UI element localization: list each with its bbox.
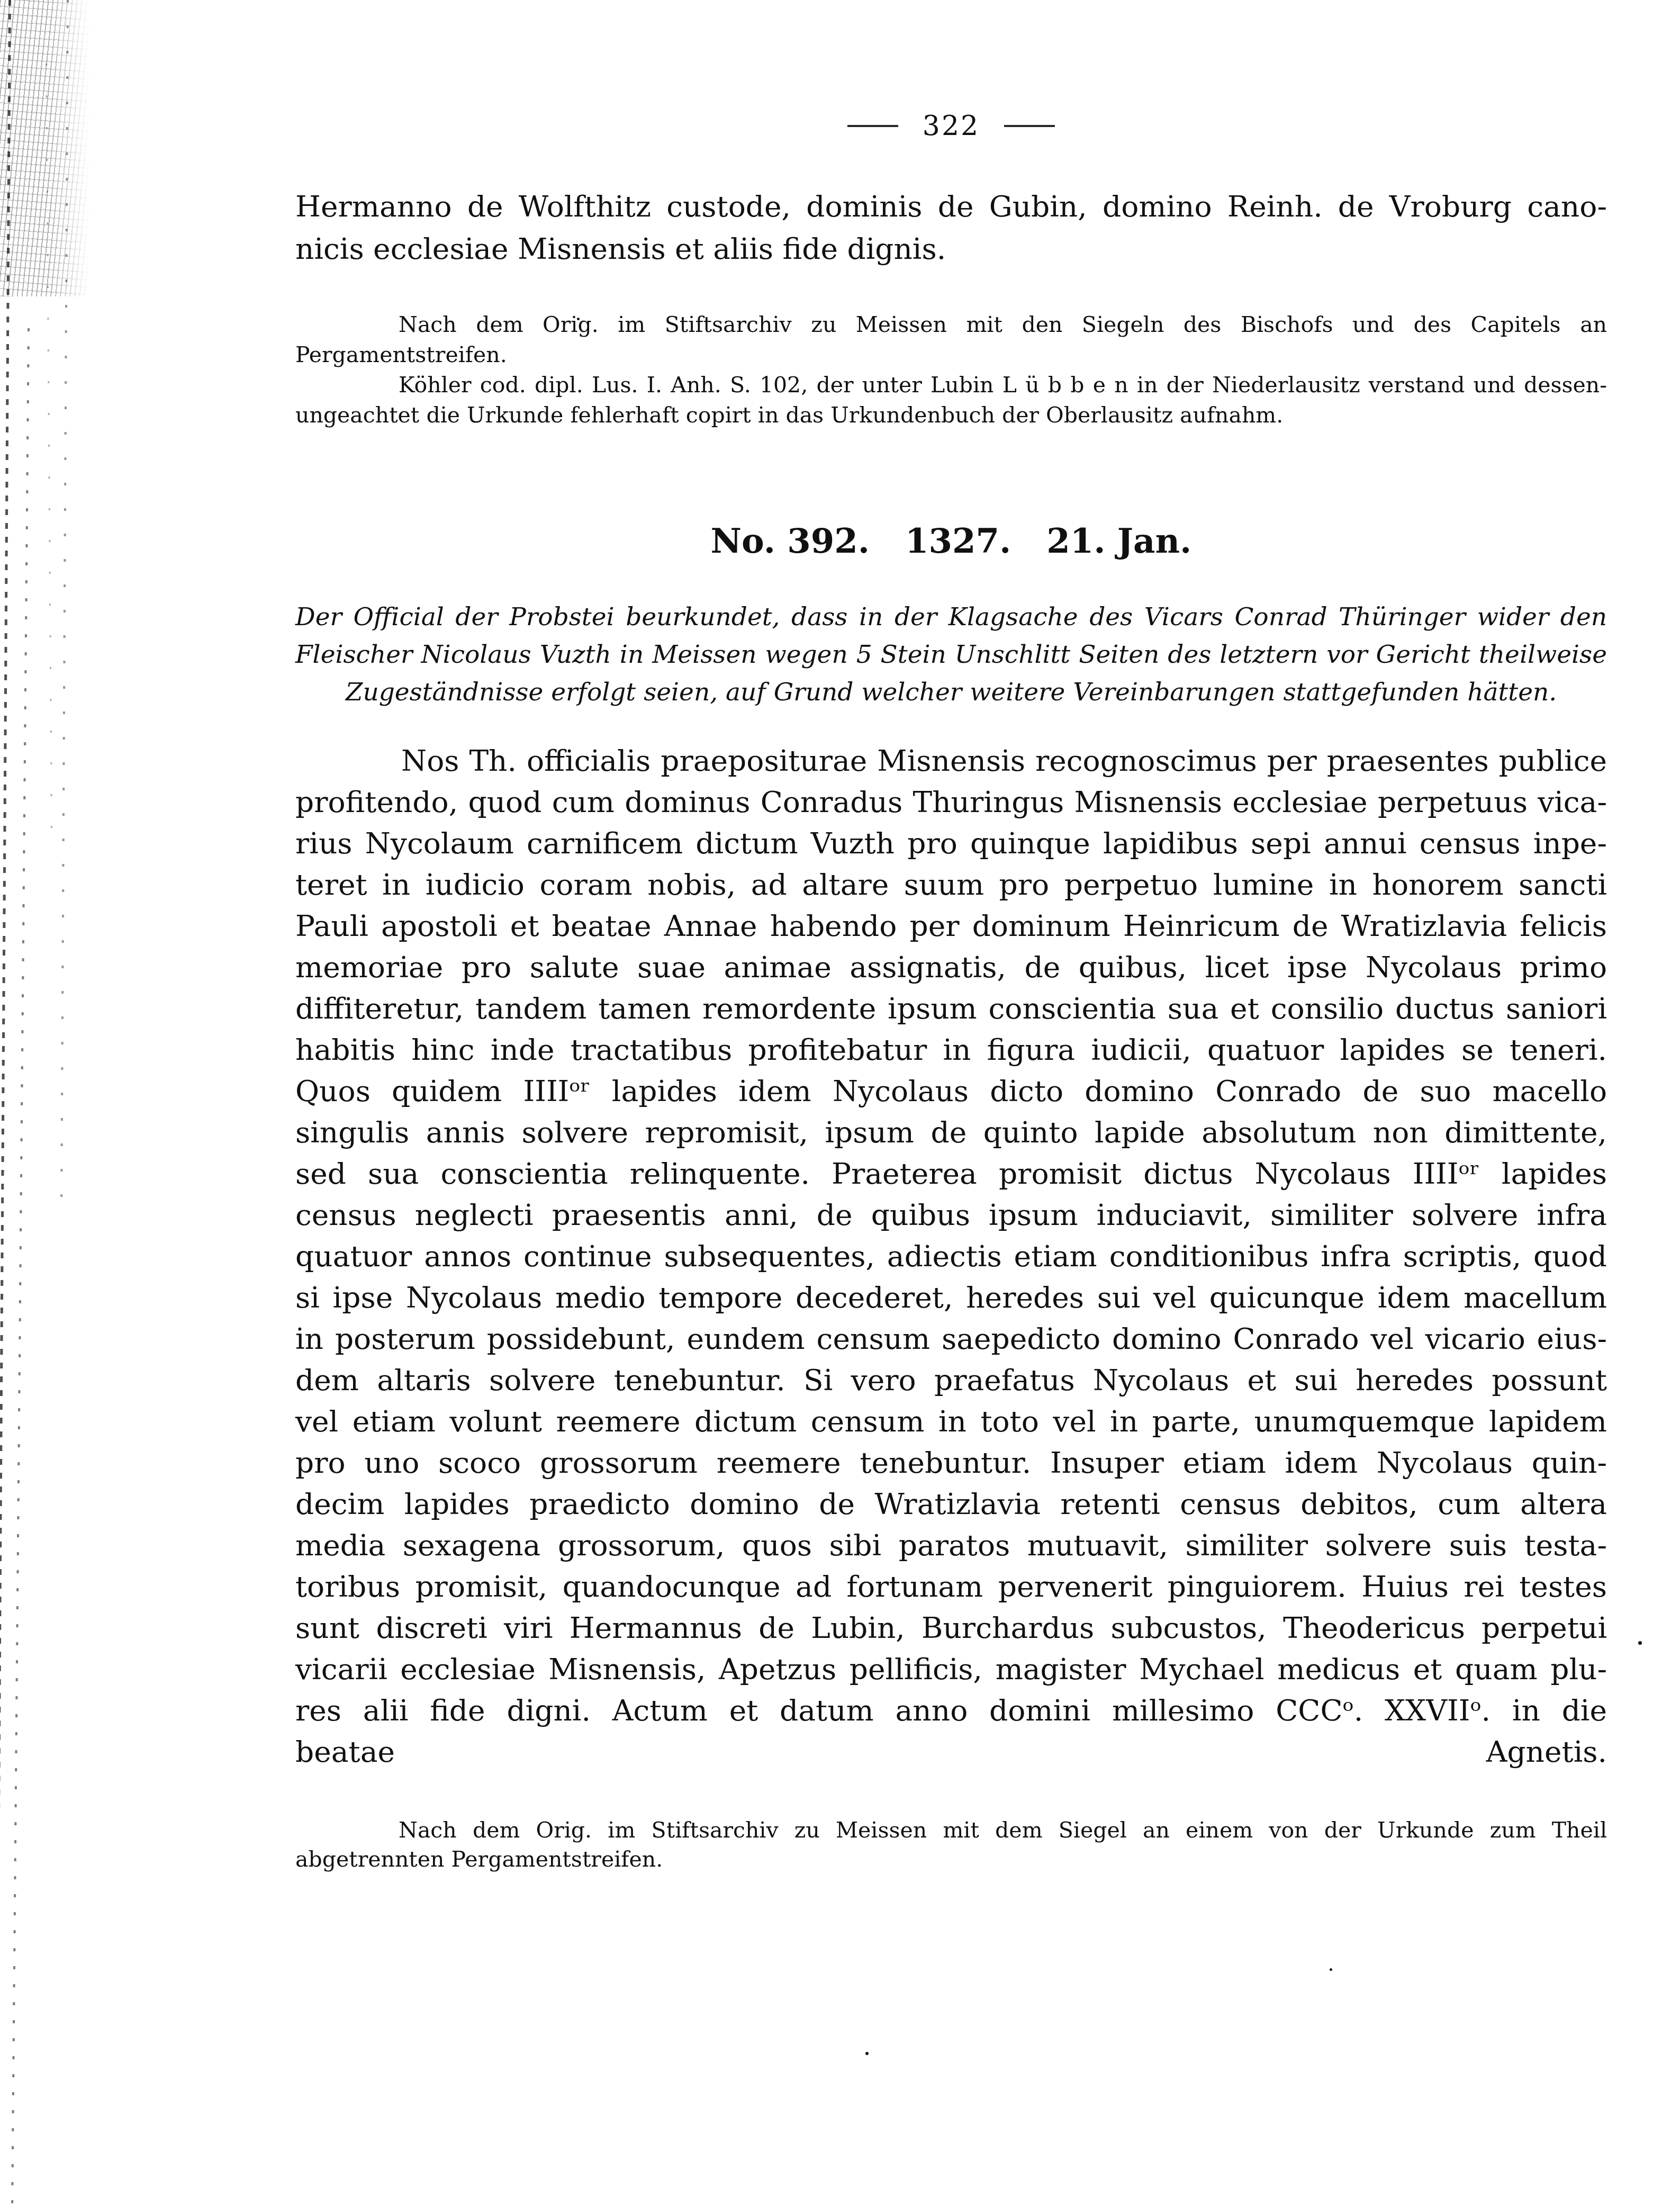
- text-line: si ipse Nycolaus medio tempore decederet…: [295, 1277, 1607, 1318]
- text-line: memoriae pro salute suae animae assignat…: [295, 947, 1607, 988]
- text-line: quatuor annos continue subsequentes, adi…: [295, 1236, 1607, 1277]
- entry-summary: Der Official der Probstei beurkundet, da…: [295, 598, 1607, 711]
- scan-noise-top-left: [0, 0, 90, 296]
- scan-noise-binding-line-2: [11, 328, 30, 2207]
- text-line: Quos quidem IIIIᵒʳ lapides idem Nycolaus…: [295, 1070, 1607, 1112]
- text-line: Fleischer Nicolaus Vuzth in Meissen wege…: [295, 636, 1607, 673]
- text-line: ungeachtet die Urkunde fehlerhaft copirt…: [295, 400, 1607, 430]
- text-line: vicarii ecclesiae Misnensis, Apetzus pel…: [295, 1649, 1607, 1690]
- text-line: vel etiam volunt reemere dictum censum i…: [295, 1401, 1607, 1442]
- text-line: singulis annis solvere repromisit, ipsum…: [295, 1112, 1607, 1153]
- scan-noise-binding-line-1: [0, 0, 11, 2207]
- text-line: nicis ecclesiae Misnensis et aliis fide …: [295, 228, 1607, 270]
- text-line: decim lapides praedicto domino de Wratiz…: [295, 1483, 1607, 1525]
- text-line: sed sua conscientia relinquente. Praeter…: [295, 1153, 1607, 1194]
- text-line: dem altaris solvere tenebuntur. Si vero …: [295, 1359, 1607, 1401]
- text-line: Köhler cod. dipl. Lus. I. Anh. S. 102, d…: [295, 370, 1607, 400]
- text-column: 322 Hermanno de Wolfthitz custode, domin…: [295, 0, 1607, 2207]
- text-line: census neglecti praesentis anni, de quib…: [295, 1194, 1607, 1236]
- scanned-page: 322 Hermanno de Wolfthitz custode, domin…: [0, 0, 1680, 2207]
- scan-noise-binding-line-3: [60, 0, 69, 1218]
- text-line: res alii fide digni. Actum et datum anno…: [295, 1690, 1607, 1731]
- entry-body: Nos Th. officialis praepositurae Misnens…: [295, 740, 1607, 1772]
- text-line: in posterum possidebunt, eundem censum s…: [295, 1318, 1607, 1359]
- intro-paragraph: Hermanno de Wolfthitz custode, dominis d…: [295, 185, 1607, 270]
- page-header: 322: [295, 112, 1607, 140]
- entry-heading: No. 392. 1327. 21. Jan.: [295, 521, 1607, 561]
- text-line: Nach dem Orig. im Stiftsarchiv zu Meisse…: [295, 1816, 1607, 1845]
- text-line: Zugeständnisse erfolgt seien, auf Grund …: [295, 673, 1607, 711]
- text-line: Nach dem Orig. im Stiftsarchiv zu Meisse…: [295, 310, 1607, 340]
- text-line: abgetrennten Pergamentstreifen.: [295, 1845, 1607, 1874]
- text-line: toribus promisit, quandocunque ad fortun…: [295, 1566, 1607, 1607]
- text-line: sunt discreti viri Hermannus de Lubin, B…: [295, 1607, 1607, 1649]
- text-line: media sexagena grossorum, quos sibi para…: [295, 1525, 1607, 1566]
- text-line: pro uno scoco grossorum reemere tenebunt…: [295, 1442, 1607, 1483]
- text-line: Hermanno de Wolfthitz custode, dominis d…: [295, 185, 1607, 228]
- text-line: profitendo, quod cum dominus Conradus Th…: [295, 781, 1607, 823]
- text-line: rius Nycolaum carnificem dictum Vuzth pr…: [295, 823, 1607, 864]
- archive-note-bottom: Nach dem Orig. im Stiftsarchiv zu Meisse…: [295, 1816, 1607, 1874]
- page-number: 322: [923, 112, 980, 140]
- text-line: Nos Th. officialis praepositurae Misnens…: [295, 740, 1607, 781]
- text-line: teret in iudicio coram nobis, ad altare …: [295, 864, 1607, 905]
- text-line: diffiteretur, tandem tamen remordente ip…: [295, 988, 1607, 1029]
- text-line: beatae Agnetis.: [295, 1731, 1607, 1772]
- text-line: habitis hinc inde tractatibus profitebat…: [295, 1029, 1607, 1070]
- scan-noise-binding-line-4: [46, 64, 52, 858]
- text-line: Der Official der Probstei beurkundet, da…: [295, 598, 1607, 636]
- page-rule-left: [847, 125, 898, 127]
- scan-speck: [1638, 1641, 1642, 1645]
- text-line: Pauli apostoli et beatae Annae habendo p…: [295, 905, 1607, 947]
- text-line: Pergamentstreifen.: [295, 340, 1607, 370]
- archive-note-top: Nach dem Orig. im Stiftsarchiv zu Meisse…: [295, 310, 1607, 430]
- page-rule-right: [1004, 125, 1055, 127]
